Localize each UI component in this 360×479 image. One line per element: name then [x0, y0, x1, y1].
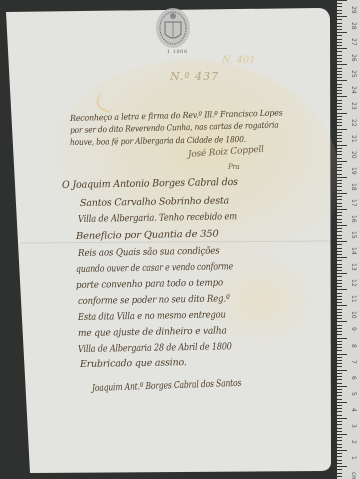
ruler-label: 17	[350, 199, 357, 207]
ruler-tick	[337, 309, 342, 310]
ruler-tick	[337, 215, 342, 216]
ruler-label: 14	[350, 247, 357, 255]
ruler-tick	[337, 357, 342, 358]
ruler-tick	[337, 476, 342, 477]
body-line: Villa de Albergaria. Tenho recebido em	[78, 211, 237, 225]
ruler-tick	[337, 248, 342, 249]
body-line: Erubricado que assino.	[80, 357, 187, 370]
ruler-tick	[337, 376, 342, 377]
ruler-tick	[337, 125, 342, 126]
ruler-tick	[337, 19, 342, 20]
ruler-tick	[337, 440, 342, 441]
ruler-tick	[337, 71, 342, 72]
ruler-tick	[337, 460, 342, 461]
ruler-label: 7	[350, 360, 357, 364]
ruler-label: 23	[350, 102, 357, 110]
ruler-label: 22	[350, 119, 357, 127]
ruler-label: cm	[350, 472, 357, 479]
ruler-tick	[337, 334, 342, 335]
ruler-label: 27	[350, 38, 357, 46]
ruler-tick	[337, 473, 342, 474]
ruler-tick	[337, 158, 342, 159]
body-line: Villa de Albergaria 28 de Abril de 1800	[78, 341, 232, 355]
ruler-label: 15	[350, 231, 357, 239]
ruler-tick	[337, 328, 342, 329]
ruler-label: 4	[350, 408, 357, 412]
ruler-label: 10	[350, 311, 357, 319]
reference-faint: N. 401	[222, 55, 256, 66]
ruler-tick	[337, 305, 347, 306]
ruler-tick	[337, 228, 342, 229]
ruler-tick	[337, 254, 342, 255]
ruler-tick	[337, 386, 347, 387]
ruler-tick	[337, 116, 342, 117]
ruler-tick	[337, 16, 347, 17]
ruler-tick	[337, 145, 347, 146]
ruler-tick	[337, 379, 342, 380]
ruler-tick	[337, 119, 342, 120]
ruler-tick	[337, 61, 342, 62]
ruler-tick	[337, 383, 342, 384]
ruler-tick	[337, 141, 342, 142]
ruler-tick	[337, 444, 342, 445]
ruler-tick	[337, 87, 342, 88]
ruler-tick	[337, 296, 342, 297]
ruler-tick	[337, 96, 347, 97]
ruler-tick	[337, 135, 342, 136]
ruler-tick	[337, 48, 347, 49]
ruler-label: 20	[350, 151, 357, 159]
ruler-label: 21	[350, 135, 357, 143]
ruler-tick	[337, 450, 347, 451]
ruler-tick	[337, 77, 342, 78]
ruler-tick	[337, 456, 342, 457]
ruler-tick	[337, 212, 342, 213]
ruler-tick	[337, 10, 342, 11]
ruler-label: 6	[350, 376, 357, 380]
ruler-tick	[337, 370, 347, 371]
ruler-tick	[337, 55, 342, 56]
ruler-tick	[337, 411, 342, 412]
body-line: quando ouver de casar e vendo conforme	[76, 261, 233, 275]
ruler-tick	[337, 264, 342, 265]
body-signature: Joaquim Ant.º Borges Cabral dos Santos	[92, 378, 242, 394]
ruler-tick	[337, 235, 342, 236]
ruler-tick	[337, 174, 342, 175]
ruler-tick	[337, 325, 342, 326]
ruler-tick	[337, 302, 342, 303]
ruler-tick	[337, 273, 347, 274]
ruler-tick	[337, 469, 342, 470]
ruler-label: 24	[350, 86, 357, 94]
ruler-tick	[337, 428, 342, 429]
ruler-label: 5	[350, 392, 357, 396]
ruler-tick	[337, 129, 347, 130]
ruler-tick	[337, 421, 342, 422]
ruler-tick	[337, 42, 342, 43]
ruler-tick	[337, 350, 342, 351]
ruler-label: 13	[350, 263, 357, 271]
ruler-label: 26	[350, 54, 357, 62]
notary-signature: José Roiz Coppell	[188, 145, 265, 160]
ruler-tick	[337, 180, 342, 181]
ruler-tick	[337, 299, 342, 300]
ruler-tick	[337, 138, 342, 139]
ruler-tick	[337, 276, 342, 277]
reference-number: N.º 437	[170, 70, 219, 83]
body-line: Santos Carvalho Sobrinho desta	[80, 195, 229, 209]
ruler-tick	[337, 447, 342, 448]
ruler-tick	[337, 395, 342, 396]
ruler-tick	[337, 13, 342, 14]
notary-signature-sub: Pra	[228, 163, 240, 171]
ruler-label: 25	[350, 70, 357, 78]
ruler-tick	[337, 177, 347, 178]
ruler-tick	[337, 29, 342, 30]
body-line: O Joaquim Antonio Borges Cabral dos	[62, 177, 238, 191]
ruler-tick	[337, 373, 342, 374]
ruler-label: 11	[350, 295, 357, 303]
ruler-tick	[337, 196, 342, 197]
ruler-tick	[337, 418, 347, 419]
ruler-tick	[337, 347, 342, 348]
ruler-tick	[337, 193, 347, 194]
notary-note-line: houve, boa fé por Albergaria da Cidade d…	[70, 134, 246, 147]
ruler-tick	[337, 360, 342, 361]
ruler-tick	[337, 293, 342, 294]
ruler-label: 28	[350, 22, 357, 30]
ruler-tick	[337, 199, 342, 200]
ruler-tick	[337, 74, 342, 75]
ruler-tick	[337, 190, 342, 191]
ruler-tick	[337, 203, 342, 204]
ruler-label: 9	[350, 327, 357, 331]
ruler-tick	[337, 321, 347, 322]
ruler-tick	[337, 392, 342, 393]
body-line: Beneficio por Quantia de 350	[76, 229, 219, 242]
ruler-tick	[337, 51, 342, 52]
ruler-label: 1	[350, 456, 357, 460]
ruler-tick	[337, 270, 342, 271]
ruler-tick	[337, 434, 347, 435]
ruler-tick	[337, 437, 342, 438]
ruler-tick	[337, 338, 347, 339]
ruler-tick	[337, 106, 342, 107]
ruler-tick	[337, 283, 342, 284]
ruler-tick	[337, 45, 342, 46]
ruler-tick	[337, 68, 342, 69]
ruler-tick	[337, 222, 342, 223]
ruler-tick	[337, 463, 342, 464]
ruler-tick	[337, 35, 342, 36]
body-line: Esta dita Villa e no mesmo entregou	[78, 309, 226, 323]
ruler-tick	[337, 32, 347, 33]
ruler-tick	[337, 219, 342, 220]
ruler-tick	[337, 113, 347, 114]
ruler-label: 16	[350, 215, 357, 223]
ruler-tick	[337, 103, 342, 104]
ruler-tick	[337, 453, 342, 454]
ruler-tick	[337, 26, 342, 27]
seal-stamp-icon	[153, 6, 193, 52]
ruler-label: 2	[350, 440, 357, 444]
ruler-tick	[337, 280, 342, 281]
ruler-tick	[337, 122, 342, 123]
ruler-tick	[337, 183, 342, 184]
ruler-tick	[337, 257, 347, 258]
ruler-tick	[337, 39, 342, 40]
ruler-tick	[337, 341, 342, 342]
ruler-tick	[337, 244, 342, 245]
body-line: conforme se poder no seu dito Reg.º	[78, 293, 230, 307]
seal-year: 1 1808	[167, 49, 188, 55]
ruler-tick	[337, 209, 347, 210]
ruler-tick	[337, 170, 342, 171]
document-content: 1 1808 N. 401 N.º 437 Reconheço a letra …	[0, 0, 330, 479]
ruler-tick	[337, 206, 342, 207]
ruler-tick	[337, 64, 347, 65]
ruler-tick	[337, 415, 342, 416]
ruler-tick	[337, 225, 347, 226]
ruler-tick	[337, 148, 342, 149]
ruler-tick	[337, 151, 342, 152]
ruler-tick	[337, 241, 347, 242]
measuring-ruler: 2928272625242322212019181716151413121110…	[337, 0, 360, 479]
ruler-tick	[337, 267, 342, 268]
ruler-tick	[337, 84, 342, 85]
ruler-tick	[337, 424, 342, 425]
ruler-tick	[337, 286, 342, 287]
ruler-tick	[337, 154, 342, 155]
ruler-tick	[337, 238, 342, 239]
ruler-tick	[337, 231, 342, 232]
body-line: Reis aos Quais são sua condições	[78, 246, 220, 259]
ruler-tick	[337, 354, 347, 355]
ruler-tick	[337, 167, 342, 168]
ruler-label: 12	[350, 279, 357, 287]
ruler-tick	[337, 100, 342, 101]
ruler-tick	[337, 405, 342, 406]
ruler-tick	[337, 331, 342, 332]
ruler-tick	[337, 431, 342, 432]
ruler-tick	[337, 402, 347, 403]
ruler-tick	[337, 186, 342, 187]
ruler-tick	[337, 0, 347, 1]
ruler-tick	[337, 132, 342, 133]
ruler-tick	[337, 161, 347, 162]
ruler-tick	[337, 164, 342, 165]
ruler-tick	[337, 315, 342, 316]
ruler-tick	[337, 23, 342, 24]
ruler-tick	[337, 58, 342, 59]
ruler-tick	[337, 251, 342, 252]
ruler-tick	[337, 80, 347, 81]
ruler-tick	[337, 389, 342, 390]
ruler-tick	[337, 6, 342, 7]
ruler-tick	[337, 93, 342, 94]
ruler-tick	[337, 318, 342, 319]
ruler-tick	[337, 344, 342, 345]
ruler-label: 8	[350, 344, 357, 348]
ruler-tick	[337, 289, 347, 290]
ruler-tick	[337, 3, 342, 4]
ruler-tick	[337, 408, 342, 409]
ruler-label: 18	[350, 183, 357, 191]
body-line: me que ajuste de dinheiro e valha	[78, 325, 227, 339]
ruler-tick	[337, 312, 342, 313]
ruler-tick	[337, 90, 342, 91]
ruler-tick	[337, 260, 342, 261]
ruler-tick	[337, 366, 342, 367]
ruler-label: 3	[350, 424, 357, 428]
ruler-tick	[337, 466, 347, 467]
ruler-label: 29	[350, 6, 357, 14]
ruler-tick	[337, 109, 342, 110]
ruler-tick	[337, 363, 342, 364]
ruler-label: 19	[350, 167, 357, 175]
body-line: porte convenho para todo o tempo	[76, 277, 223, 291]
ruler-tick	[337, 399, 342, 400]
